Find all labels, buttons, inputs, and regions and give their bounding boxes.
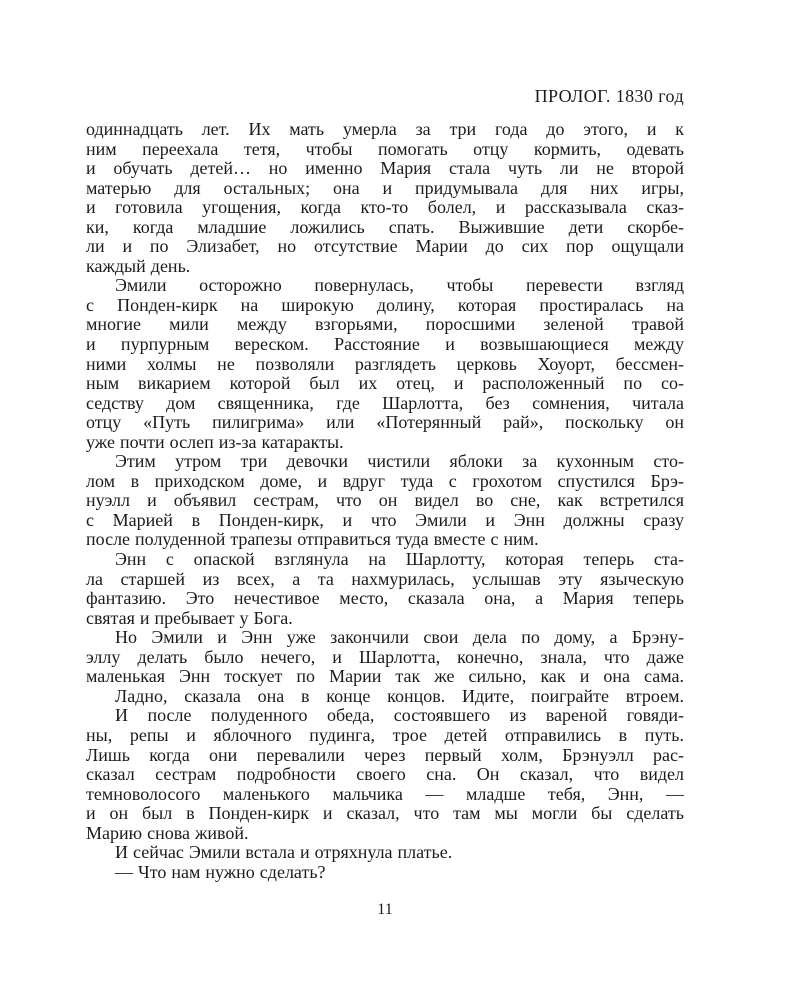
text-line: маленькая Энн тоскует по Марии так же си… [86, 667, 684, 687]
text-line: Ладно, сказала она в конце концов. Идите… [86, 687, 684, 707]
text-line: эллу делать было нечего, и Шарлотта, кон… [86, 648, 684, 668]
text-line: ла старшей из всех, а та нахмурилась, ус… [86, 570, 684, 590]
paragraph: Но Эмили и Энн уже закончили свои дела п… [86, 628, 684, 687]
text-line: и он был в Понден-кирк и сказал, что там… [86, 804, 684, 824]
text-line: темноволосого маленького мальчика — млад… [86, 785, 684, 805]
text-line: фантазию. Это нечестивое место, сказала … [86, 589, 684, 609]
text-line: Энн с опаской взглянула на Шарлотту, кот… [86, 550, 684, 570]
text-line: Марию снова живой. [86, 824, 684, 844]
text-line: И сейчас Эмили встала и отряхнула платье… [86, 843, 684, 863]
paragraph: Эмили осторожно повернулась, чтобы перев… [86, 276, 684, 452]
text-line: и готовила угощения, когда кто-то болел,… [86, 198, 684, 218]
text-line: ними холмы не позволяли разглядеть церко… [86, 355, 684, 375]
text-line: каждый день. [86, 257, 684, 277]
text-line: ли и по Элизабет, но отсутствие Марии до… [86, 237, 684, 257]
text-line: лом в приходском доме, и вдруг туда с гр… [86, 472, 684, 492]
text-line: седству дом священника, где Шарлотта, бе… [86, 394, 684, 414]
text-line: одиннадцать лет. Их мать умерла за три г… [86, 120, 684, 140]
text-line: после полуденной трапезы отправиться туд… [86, 530, 684, 550]
running-header: ПРОЛОГ. 1830 год [86, 86, 684, 106]
text-line: и обучать детей… но именно Мария стала ч… [86, 159, 684, 179]
text-line: ным викарием которой был их отец, и расп… [86, 374, 684, 394]
text-line: ним переехала тетя, чтобы помогать отцу … [86, 140, 684, 160]
text-line: матерью для остальных; она и придумывала… [86, 179, 684, 199]
paragraph: Этим утром три девочки чистили яблоки за… [86, 452, 684, 550]
text-line: Эмили осторожно повернулась, чтобы перев… [86, 276, 684, 296]
paragraph: Ладно, сказала она в конце концов. Идите… [86, 687, 684, 707]
text-line: нуэлл и объявил сестрам, что он видел во… [86, 491, 684, 511]
text-line: святая и пребывает у Бога. [86, 609, 684, 629]
text-line: — Что нам нужно сделать? [86, 863, 684, 883]
page-number: 11 [86, 901, 684, 919]
text-line: с Марией в Понден-кирк, и что Эмили и Эн… [86, 511, 684, 531]
paragraph: одиннадцать лет. Их мать умерла за три г… [86, 120, 684, 276]
text-line: отцу «Путь пилигрима» или «Потерянный ра… [86, 413, 684, 433]
paragraph: — Что нам нужно сделать? [86, 863, 684, 883]
text-line: Лишь когда они перевалили через первый х… [86, 746, 684, 766]
text-line: и пурпурным вереском. Расстояние и возвы… [86, 335, 684, 355]
paragraph: Энн с опаской взглянула на Шарлотту, кот… [86, 550, 684, 628]
paragraph: И сейчас Эмили встала и отряхнула платье… [86, 843, 684, 863]
text-line: Этим утром три девочки чистили яблоки за… [86, 452, 684, 472]
text-line: И после полуденного обеда, состоявшего и… [86, 706, 684, 726]
text-line: сказал сестрам подробности своего сна. О… [86, 765, 684, 785]
page-body: одиннадцать лет. Их мать умерла за три г… [86, 120, 684, 882]
text-line: уже почти ослеп из-за катаракты. [86, 433, 684, 453]
text-line: Но Эмили и Энн уже закончили свои дела п… [86, 628, 684, 648]
book-page: ПРОЛОГ. 1830 год одиннадцать лет. Их мат… [0, 0, 800, 1000]
text-line: ки, когда младшие ложились спать. Выживш… [86, 218, 684, 238]
text-line: ны, репы и яблочного пудинга, трое детей… [86, 726, 684, 746]
text-line: с Понден-кирк на широкую долину, которая… [86, 296, 684, 316]
paragraph: И после полуденного обеда, состоявшего и… [86, 706, 684, 843]
text-line: многие мили между взгорьями, поросшими з… [86, 315, 684, 335]
